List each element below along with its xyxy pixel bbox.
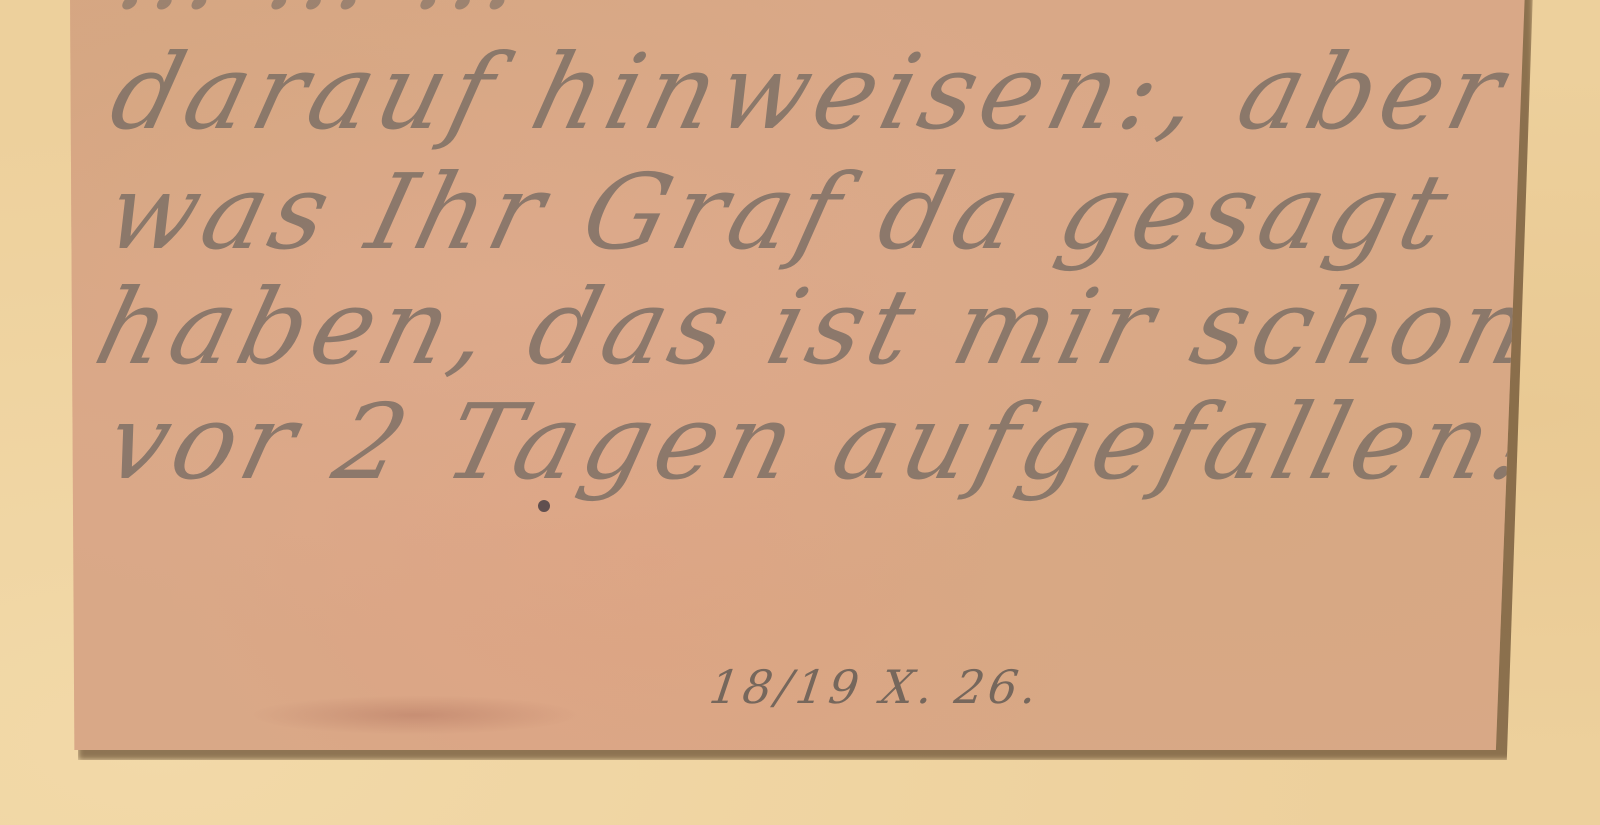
stain-smudge xyxy=(250,695,580,735)
postcard: … … … darauf hinweisen:, aber was Ihr Gr… xyxy=(70,0,1525,750)
handwritten-date: 18/19 X. 26. xyxy=(706,660,1044,714)
handwritten-line-cropped: … … … xyxy=(107,0,541,24)
handwritten-line-3: haben, das ist mir schon xyxy=(87,275,1546,379)
handwritten-line-1: darauf hinweisen:, aber xyxy=(102,40,1519,144)
ink-dot xyxy=(538,500,550,512)
handwritten-line-4: vor 2 Tagen aufgefallen!“ xyxy=(97,390,1600,494)
handwritten-line-2: was Ihr Graf da gesagt xyxy=(97,160,1463,264)
